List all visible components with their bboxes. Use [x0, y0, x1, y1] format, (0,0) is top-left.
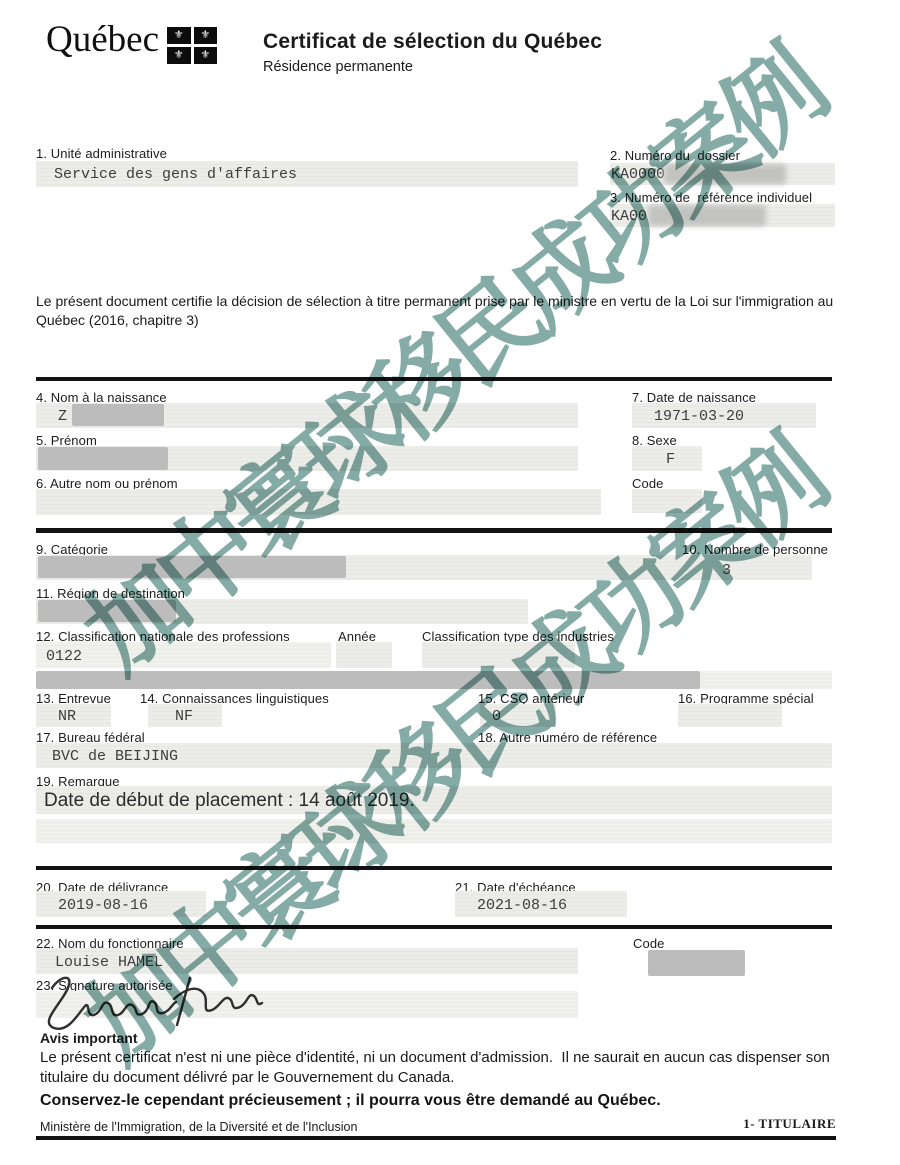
redaction-blur [648, 205, 766, 226]
field-value-csq-anterieur: 0 [492, 708, 501, 725]
field-value-entrevue: NR [58, 708, 76, 725]
quebec-flag-icon: ⚜ ⚜ ⚜ ⚜ [167, 27, 217, 64]
fleur-de-lis-icon: ⚜ [194, 47, 218, 64]
notice-title: Avis important [40, 1030, 138, 1046]
field-value-bureau-federal: BVC de BEIJING [52, 748, 178, 765]
field-value-nom-naissance: Z [58, 408, 67, 425]
document-subtitle: Résidence permanente [263, 59, 413, 75]
fleur-de-lis-icon: ⚜ [167, 47, 191, 64]
field-label-numero-reference: 3. Numéro de référence individuel [610, 190, 812, 205]
bottom-rule [36, 1136, 836, 1140]
quebec-logo-wordmark: Québec [46, 18, 159, 61]
field-value-date-echeance: 2021-08-16 [477, 897, 567, 914]
field-strip [36, 489, 601, 515]
redaction-box [38, 600, 176, 622]
section-divider [36, 866, 832, 870]
fleur-de-lis-icon: ⚜ [167, 27, 191, 44]
field-label-numero-dossier: 2. Numéro du dossier [610, 148, 740, 163]
redaction-bar [36, 671, 700, 689]
certification-statement: Le présent document certifie la décision… [36, 292, 848, 330]
field-strip [422, 642, 575, 668]
section-divider [36, 925, 832, 929]
notice-body: Le présent certificat n'est ni une pièce… [40, 1048, 864, 1088]
field-value-unite-administrative: Service des gens d'affaires [54, 166, 297, 183]
redaction-box [72, 404, 164, 426]
field-strip [336, 642, 392, 668]
ministry-name: Ministère de l'Immigration, de la Divers… [40, 1120, 357, 1134]
section-divider [36, 528, 832, 533]
copy-label: 1- TITULAIRE [650, 1116, 836, 1132]
field-strip [36, 819, 832, 843]
field-strip [632, 489, 702, 513]
field-strip [678, 704, 782, 727]
field-value-nombre-personne: 3 [722, 562, 731, 579]
field-label-nombre-personne: 10. Nombre de personne [682, 542, 828, 557]
field-value-classification-professions: 0122 [46, 648, 82, 665]
field-value-numero-dossier: KA0000 [611, 166, 665, 183]
redaction-blur [664, 164, 786, 184]
document-title: Certificat de sélection du Québec [263, 30, 602, 54]
field-value-sexe: F [666, 451, 675, 468]
field-value-date-naissance: 1971-03-20 [654, 408, 744, 425]
redaction-box [38, 556, 346, 578]
field-value-remarque: Date de début de placement : 14 août 201… [44, 790, 415, 812]
field-label-code-2: Code [633, 936, 664, 951]
field-value-nom-fonctionnaire: Louise HAMEL [55, 954, 163, 971]
field-strip [478, 743, 832, 768]
field-value-numero-reference: KA00 [611, 208, 647, 225]
redaction-box [648, 950, 745, 976]
field-value-connaissances-linguistiques: NF [175, 708, 193, 725]
fleur-de-lis-icon: ⚜ [194, 27, 218, 44]
notice-emphasis: Conservez-le cependant précieusement ; i… [40, 1092, 661, 1110]
field-value-date-delivrance: 2019-08-16 [58, 897, 148, 914]
csq-certificate-page: Québec ⚜ ⚜ ⚜ ⚜ Certificat de sélection d… [0, 0, 900, 1165]
section-divider [36, 377, 832, 381]
field-label-unite-administrative: 1. Unité administrative [36, 146, 167, 161]
field-strip [700, 671, 832, 689]
redaction-box [38, 447, 168, 470]
